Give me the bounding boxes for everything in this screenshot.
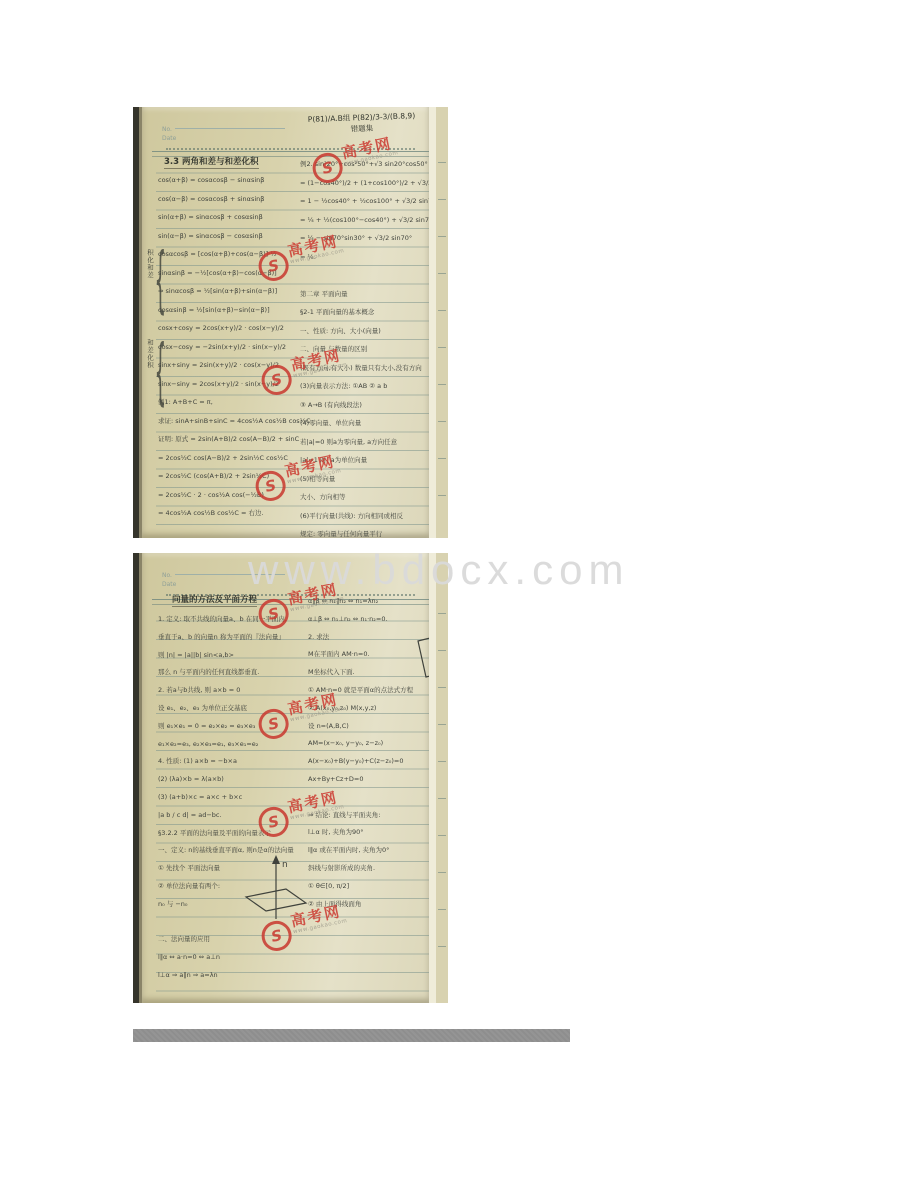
page-spine-gap xyxy=(429,553,436,1003)
handwriting-line: l∥α 或在平面内时, 夹角为0° xyxy=(308,842,429,860)
adjacent-rule xyxy=(438,495,446,496)
adjacent-rule xyxy=(438,162,446,163)
adjacent-rule xyxy=(438,347,446,348)
handwriting-line: 一、性质: 方向、大小(向量) xyxy=(300,322,429,341)
adjacent-rule xyxy=(438,687,446,688)
gaokao-logo-icon: S xyxy=(256,804,292,840)
gaokao-logo-letter: S xyxy=(270,927,284,944)
gaokao-logo-icon: S xyxy=(259,362,295,398)
gaokao-logo-icon: S xyxy=(310,150,346,186)
gaokao-logo-letter: S xyxy=(267,813,281,830)
notes-photo-1: No. Date P(81)/A.B组 P(82)/3-3/(B.8,9) 错题… xyxy=(133,107,448,538)
gaokao-logo-letter: S xyxy=(267,605,281,622)
arrowhead xyxy=(272,855,280,864)
notes-photo-2: No. Date 向量的方法及平面方程 1. 定义: 取不共线的向量a、b 在同… xyxy=(133,553,448,1003)
handwriting-line: 4. 性质: (1) a×b = −b×a xyxy=(158,753,308,771)
adjacent-rule xyxy=(438,798,446,799)
handwriting-line: cosx+cosy = 2cos(x+y)/2 · cos(x−y)/2 xyxy=(158,319,300,338)
no-date-header: No. Date xyxy=(162,125,285,143)
handwriting-line: Ax+By+Cz+D=0 xyxy=(308,771,429,789)
gaokao-logo-letter: S xyxy=(321,159,335,176)
adjacent-rule xyxy=(438,458,446,459)
handwriting-line: cos(α+β) = cosαcosβ − sinαsinβ xyxy=(158,171,300,190)
no-label: No. xyxy=(162,126,172,133)
adjacent-rule xyxy=(438,872,446,873)
page-spine-gap xyxy=(429,107,436,538)
handwriting-line: 证明: 原式 = 2sin(A+B)/2 cos(A−B)/2 + sinC xyxy=(158,430,300,449)
site-watermark: www.bdocx.com xyxy=(248,546,629,594)
gaokao-logo-letter: S xyxy=(267,715,281,732)
handwriting-line: 求证: sinA+sinB+sinC = 4cos½A cos½B cos½C xyxy=(158,412,300,431)
date-label: Date xyxy=(162,135,176,142)
section-title: 向量的方法及平面方程 xyxy=(172,593,257,607)
notebook-paper: No. Date P(81)/A.B组 P(82)/3-3/(B.8,9) 错题… xyxy=(142,107,429,538)
section-title: 3.3 两角和差与和差化积 xyxy=(164,155,259,169)
handwriting-line: 则 |n| = |a||b| sin<a,b> xyxy=(158,647,308,665)
handwriting-line: cosx−cosy = −2sin(x+y)/2 · sin(x−y)/2 xyxy=(158,338,300,357)
adjacent-rule xyxy=(438,761,446,762)
handwriting-line: = ¼ + ½(cos100°−cos40°) + √3/2 sin70° xyxy=(300,211,429,230)
page-ref-note: P(81)/A.B组 P(82)/3-3/(B.8,9) 错题集 xyxy=(307,110,415,136)
gaokao-logo-icon: S xyxy=(256,248,292,284)
handwriting-line: sin(α+β) = sinαcosβ + cosαsinβ xyxy=(158,208,300,227)
gaokao-logo-letter: S xyxy=(264,477,278,494)
handwriting-line: = 2cos½C cos(A−B)/2 + 2sin½C cos½C xyxy=(158,449,300,468)
no-underline xyxy=(175,128,285,129)
adjacent-rule xyxy=(438,310,446,311)
adjacent-rule xyxy=(438,384,446,385)
adjacent-rule xyxy=(438,909,446,910)
handwriting-line: sin(α−β) = sinαcosβ − cosαsinβ xyxy=(158,227,300,246)
handwriting-line: ③ A→B (有向线段法) xyxy=(300,396,429,415)
handwriting-line: ① θ∈[0, π/2] xyxy=(308,878,429,896)
handwriting-line: 例1: A+B+C = π, xyxy=(158,393,300,412)
handwriting-line: ⇒ sinαcosβ = ½[sin(α+β)+sin(α−β)] xyxy=(158,282,300,301)
adjacent-rule xyxy=(438,650,446,651)
handwriting-line: l⊥α ⇒ a∥n ⇒ a=λn xyxy=(158,967,308,985)
handwriting-line: (2) (λa)×b = λ(a×b) xyxy=(158,771,308,789)
handwriting-line: e₁×e₂=e₃, e₂×e₃=e₁, e₃×e₁=e₂ xyxy=(158,736,308,754)
adjacent-rule xyxy=(438,273,446,274)
normal-vector-label: n xyxy=(282,860,288,870)
adjacent-rule xyxy=(438,199,446,200)
notebook-paper: No. Date 向量的方法及平面方程 1. 定义: 取不共线的向量a、b 在同… xyxy=(142,553,429,1003)
handwriting-line: 若|a|=0 则a为零向量, a方向任意 xyxy=(300,433,429,452)
no-label: No. xyxy=(162,572,172,579)
handwriting-line: cos(α−β) = cosαcosβ + sinαsinβ xyxy=(158,190,300,209)
adjacent-page-edge xyxy=(436,107,448,538)
gaokao-logo-letter: S xyxy=(270,371,284,388)
handwriting-line: 那么 n 与平面内的任何直线都垂直. xyxy=(158,664,308,682)
handwriting-line: A(x−x₀)+B(y−y₀)+C(z−z₀)=0 xyxy=(308,753,429,771)
date-label: Date xyxy=(162,581,176,588)
gaokao-logo-letter: S xyxy=(267,257,281,274)
handwriting-line: 第二章 平面向量 xyxy=(300,285,429,304)
handwriting-line: 垂直于a、b 的向量n 称为平面的『法向量』 xyxy=(158,629,308,647)
gaokao-logo-icon: S xyxy=(256,706,292,742)
handwriting-line: AM=(x−x₀, y−y₀, z−z₀) xyxy=(308,735,429,753)
horizontal-scrollbar-thumb[interactable] xyxy=(133,1029,570,1042)
handwriting-line: = 4cos½A cos½B cos½C = 右边. xyxy=(158,504,300,523)
handwriting-line: l⊥α 时, 夹角为90° xyxy=(308,824,429,842)
adjacent-rule xyxy=(438,421,446,422)
gaokao-logo-icon: S xyxy=(259,918,295,954)
flag-vector-diagram: n xyxy=(408,631,429,683)
handwriting-line: 规定: 零向量与任何向量平行 xyxy=(300,525,429,538)
handwriting-line: (4)零向量、单位向量 xyxy=(300,414,429,433)
gaokao-logo-icon: S xyxy=(256,596,292,632)
handwriting-line: 斜线与射影所成的夹角. xyxy=(308,860,429,878)
adjacent-rule xyxy=(438,946,446,947)
adjacent-rule xyxy=(438,724,446,725)
adjacent-rule xyxy=(438,835,446,836)
handwriting-line: (6)平行向量(共线): 方向相同或相反 xyxy=(300,507,429,526)
handwriting-line: 2. 若a与b共线, 则 a×b = 0 xyxy=(158,682,308,700)
gaokao-logo-icon: S xyxy=(253,468,289,504)
handwriting-line: §2-1 平面向量的基本概念 xyxy=(300,303,429,322)
handwriting-line: = 1 − ½cos40° + ½cos100° + √3/2 sin70° −… xyxy=(300,192,429,211)
handwriting-line: l∥α ⇔ a·n=0 ⇔ a⊥n xyxy=(158,949,308,967)
handwriting-line: cosαsinβ = ½[sin(α+β)−sin(α−β)] xyxy=(158,301,300,320)
adjacent-rule xyxy=(438,236,446,237)
adjacent-rule xyxy=(438,613,446,614)
card-shape xyxy=(418,635,429,677)
document-page: No. Date P(81)/A.B组 P(82)/3-3/(B.8,9) 错题… xyxy=(0,0,920,1191)
adjacent-page-edge xyxy=(436,553,448,1003)
